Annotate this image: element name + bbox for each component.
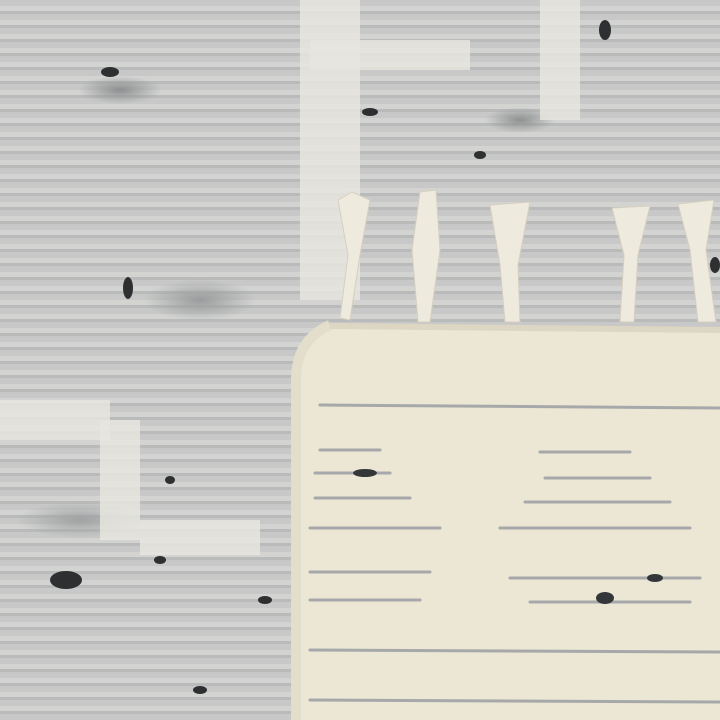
rug-photo	[0, 0, 720, 720]
rug-back	[296, 325, 720, 720]
fringe-tassels	[338, 190, 716, 322]
rug-illustration	[0, 0, 720, 720]
